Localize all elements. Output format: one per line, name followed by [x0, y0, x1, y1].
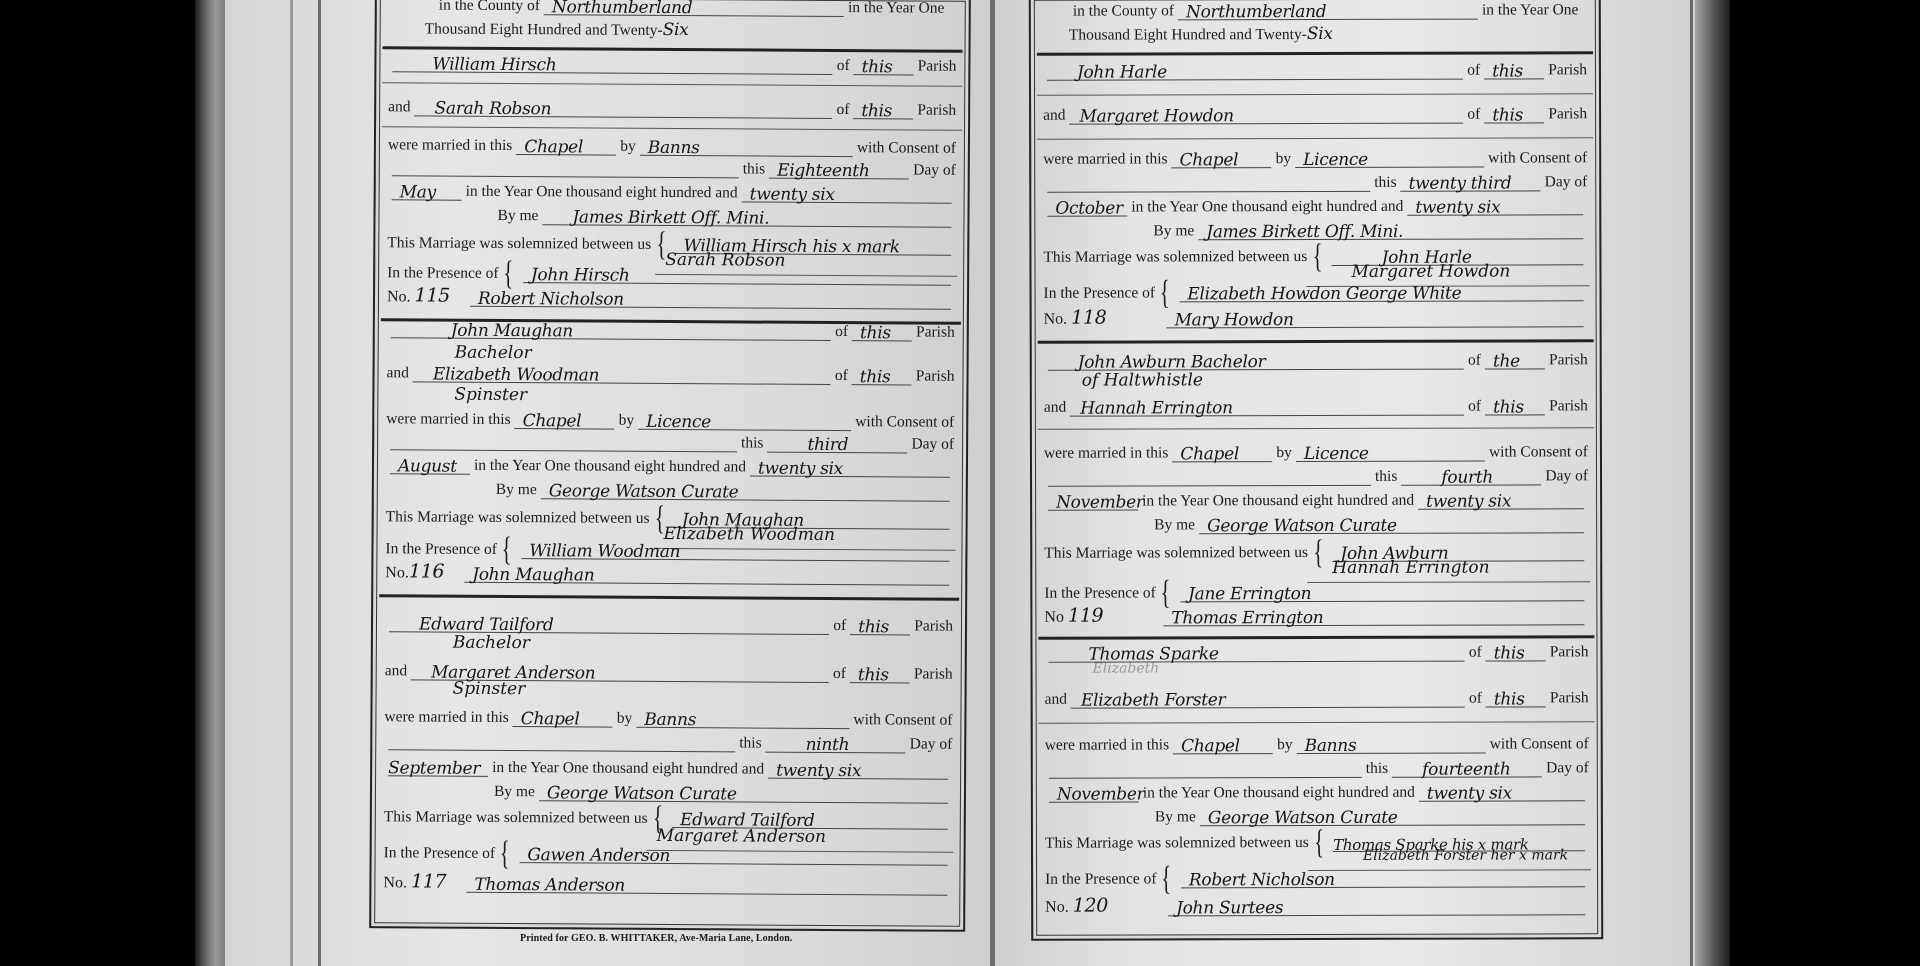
number-row: No. 115 Robert Nicholson: [387, 280, 955, 313]
year-row: Thousand Eight Hundred and Twenty- Six: [389, 12, 957, 45]
divider: [379, 594, 959, 601]
bride-row: and Margaret Howdon of this Parish: [1043, 97, 1587, 128]
year-row: Thousand Eight Hundred and Twenty- Six: [1043, 17, 1587, 48]
entry-number: 117: [411, 870, 447, 892]
presence-row: In the Presence of { Gawen Anderson: [384, 836, 952, 869]
rule: [1037, 93, 1593, 95]
right-register-form: in the County of Northumberland in the Y…: [1029, 0, 1603, 941]
left-register-form: in the County of Northumberland in the Y…: [369, 0, 971, 932]
register-scan: in the County of Northumberland in the Y…: [0, 0, 1920, 966]
gutter-line: [990, 0, 995, 966]
entry-number: 115: [415, 284, 451, 306]
brace-icon: {: [500, 841, 510, 867]
brace-icon: {: [1162, 866, 1172, 892]
groom-status: Bachelor: [453, 633, 530, 653]
number-row: No.116 John Maughan: [385, 556, 953, 589]
left-book-edge: [195, 0, 225, 966]
rule: [1039, 721, 1595, 723]
presence-row: In the Presence of { Robert Nicholson: [1045, 861, 1589, 892]
groom-residence: of Haltwhistle: [1082, 370, 1203, 390]
left-page-fold-line: [318, 0, 321, 966]
entry-number: 119: [1068, 605, 1103, 627]
number-row: No. 120 John Surtees: [1045, 889, 1589, 920]
groom-row: William Hirsch of this Parish: [388, 46, 956, 79]
number-row: No. 117 Thomas Anderson: [383, 866, 951, 899]
entry-number: 116: [409, 560, 445, 582]
groom-row: John Harle of this Parish: [1043, 53, 1587, 84]
bride-status: Spinster: [453, 679, 526, 699]
brace-icon: {: [1313, 244, 1323, 270]
bride-row: and Elizabeth Forster of this Parish: [1045, 681, 1589, 712]
right-page-edge-line: [1690, 0, 1693, 966]
number-row: No 119 Thomas Errington: [1044, 599, 1588, 630]
year-value: Six: [1307, 24, 1333, 48]
faint-annotation: Elizabeth: [1093, 660, 1160, 676]
rule: [382, 82, 962, 87]
brace-icon: {: [1313, 540, 1323, 566]
groom-row: John Maughan of this Parish: [387, 312, 955, 345]
entry-number: 118: [1071, 307, 1106, 329]
number-row: No. 118 Mary Howdon: [1044, 301, 1588, 332]
rule: [1037, 137, 1593, 139]
rule: [1038, 427, 1594, 429]
bride-row: and Sarah Robson of this Parish: [388, 90, 956, 123]
year-value: Six: [663, 20, 689, 44]
left-page-edge-line: [290, 0, 293, 966]
bride-row: and Hannah Errington of this Parish: [1044, 389, 1588, 420]
brace-icon: {: [1314, 830, 1324, 856]
printer-imprint: Printed for GEO. B. WHITTAKER, Ave-Maria…: [520, 933, 792, 944]
solemnized-row: This Marriage was solemnized between us …: [1044, 535, 1588, 566]
entry-number: 120: [1073, 895, 1108, 917]
right-book-edge: [1695, 0, 1730, 966]
